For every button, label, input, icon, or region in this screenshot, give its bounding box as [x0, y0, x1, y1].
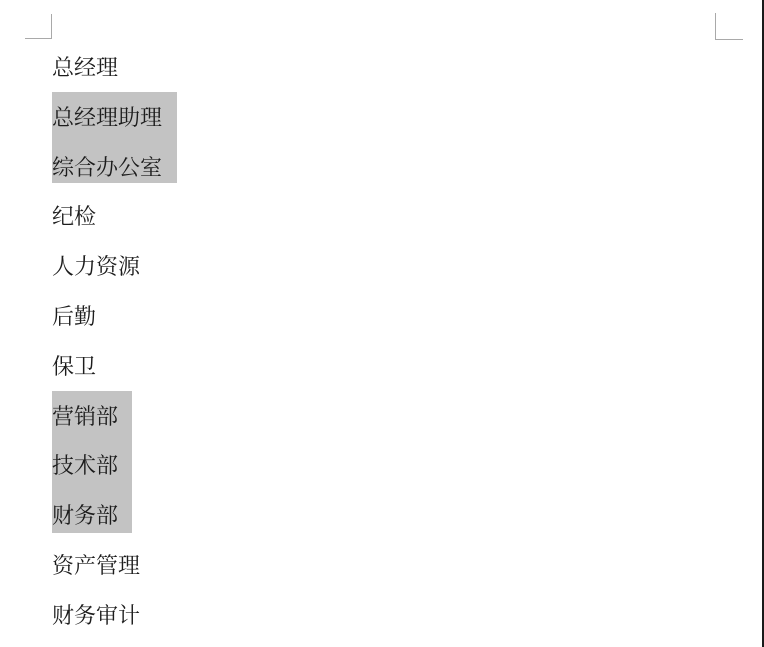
margin-crop-mark-top-right	[715, 13, 743, 40]
doc-line-1[interactable]: 总经理	[52, 58, 118, 80]
document-page[interactable]: 总经理 总经理助理 综合办公室 纪检 人力资源 后勤 保卫 营销部 技术部 财务…	[0, 0, 764, 647]
doc-line-9[interactable]: 技术部	[52, 456, 118, 478]
doc-line-3[interactable]: 综合办公室	[52, 158, 162, 180]
doc-line-5[interactable]: 人力资源	[52, 257, 140, 279]
doc-line-6[interactable]: 后勤	[52, 307, 96, 329]
doc-line-7[interactable]: 保卫	[52, 357, 96, 379]
doc-line-12[interactable]: 财务审计	[52, 606, 140, 628]
doc-line-4[interactable]: 纪检	[52, 207, 96, 229]
doc-line-10[interactable]: 财务部	[52, 506, 118, 528]
margin-crop-mark-top-left	[25, 14, 52, 39]
doc-line-8[interactable]: 营销部	[52, 407, 118, 429]
doc-line-2[interactable]: 总经理助理	[52, 108, 162, 130]
doc-line-11[interactable]: 资产管理	[52, 556, 140, 578]
